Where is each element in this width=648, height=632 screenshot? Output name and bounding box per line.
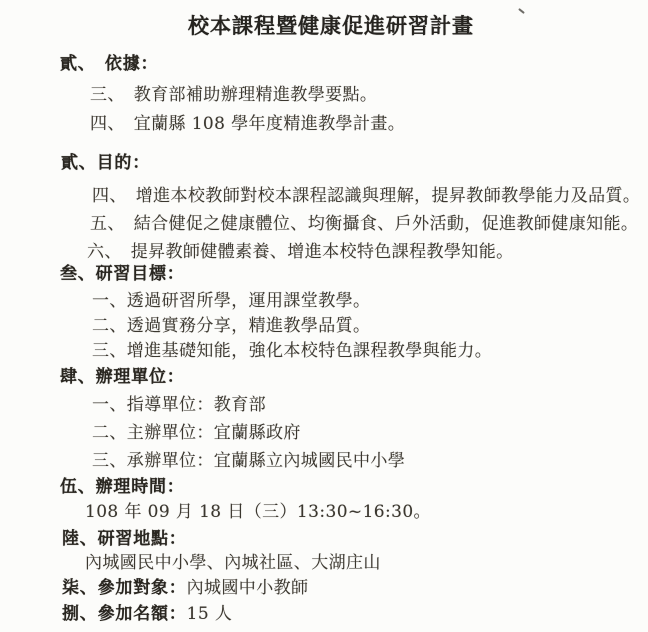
location-item: 內城國民中小學、內城社區、大湖庄山 xyxy=(85,553,381,573)
organizer-item: 三、承辦單位：宜蘭縣立內城國民中小學 xyxy=(92,451,405,471)
section-heading-purpose: 貳、目的： xyxy=(61,153,150,173)
basis-item: 三、 教育部補助辦理精進教學要點。 xyxy=(90,85,377,105)
section-heading-basis: 貳、 依據： xyxy=(60,54,158,74)
section-heading-time: 伍、辦理時間： xyxy=(60,477,185,497)
section-heading-goals: 叁、研習目標： xyxy=(60,264,185,284)
organizer-item: 二、主辦單位：宜蘭縣政府 xyxy=(92,423,301,443)
basis-item: 四、 宜蘭縣 108 學年度精進教學計畫。 xyxy=(90,114,405,134)
participants-value: 內城國中小教師 xyxy=(187,578,309,598)
participants-label: 柒、參加對象： xyxy=(62,578,187,598)
participants-line: 柒、參加對象：內城國中小教師 xyxy=(62,578,308,598)
goal-item: 一、透過研習所學，運用課堂教學。 xyxy=(92,291,370,311)
purpose-item: 六、 提昇教師健體素養、增進本校特色課程教學知能。 xyxy=(87,242,514,262)
quota-line: 捌、參加名額：15 人 xyxy=(62,604,232,624)
purpose-item: 四、 增進本校教師對校本課程認識與理解，提昇教師教學能力及品質。 xyxy=(92,186,640,206)
section-heading-organizers: 肆、辦理單位： xyxy=(60,367,185,387)
goal-item: 三、增進基礎知能，強化本校特色課程教學與能力。 xyxy=(92,341,492,361)
quota-value: 15 人 xyxy=(187,604,233,624)
document-title: 校本課程暨健康促進研習計畫 xyxy=(14,10,648,40)
section-heading-location: 陸、研習地點： xyxy=(62,529,187,549)
purpose-item: 五、 結合健促之健康體位、均衡攝食、戶外活動，促進教師健康知能。 xyxy=(90,214,638,234)
quota-label: 捌、參加名額： xyxy=(62,604,187,624)
scanned-document-page: 校本課程暨健康促進研習計畫 貳、 依據： 三、 教育部補助辦理精進教學要點。 四… xyxy=(0,0,648,632)
time-item: 108 年 09 月 18 日（三）13:30~16:30。 xyxy=(85,502,431,522)
organizer-item: 一、指導單位：教育部 xyxy=(92,395,266,415)
goal-item: 二、透過實務分享，精進教學品質。 xyxy=(92,316,370,336)
